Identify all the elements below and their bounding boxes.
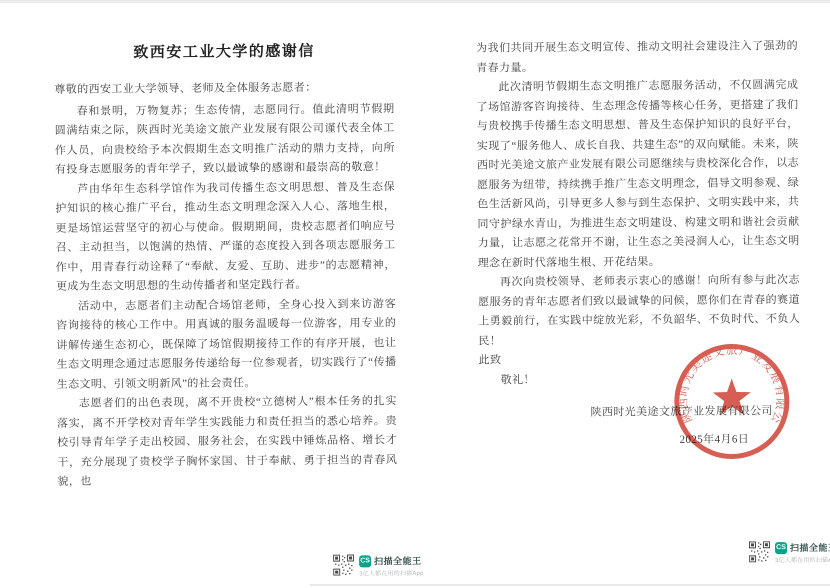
camscanner-tagline: 3亿人都在用的扫描App xyxy=(775,555,830,565)
letter-page-2: 为我们共同开展生态文明宣传、推动文明社会建设注入了强劲的青春力量。 此次清明节假… xyxy=(476,37,801,452)
camscanner-label: CS 扫描全能王 3亿人都在用的扫描App xyxy=(775,541,830,565)
letter-salutation: 尊敬的西安工业大学领导、老师及全体服务志愿者： xyxy=(54,78,394,100)
camscanner-app-icon: CS xyxy=(775,542,787,554)
scan-content: 致西安工业大学的感谢信 尊敬的西安工业大学领导、老师及全体服务志愿者： 春和景明… xyxy=(0,0,830,588)
qr-code-icon xyxy=(749,541,770,562)
camscanner-app-name: 扫描全能王 xyxy=(374,554,422,567)
camscanner-app-icon: CS xyxy=(359,555,371,567)
signature-block: 陕西时光美途文旅产业发展有限公司 2025年4月6日 陕西时光美途文旅产业发展有… xyxy=(479,402,801,452)
letter-paragraph: 芦由华年生态科学馆作为我司传播生态文明思想、普及生态保护知识的核心推广平台，推动… xyxy=(55,178,396,298)
letter-page-1: 致西安工业大学的感谢信 尊敬的西安工业大学领导、老师及全体服务志愿者： 春和景明… xyxy=(54,40,398,492)
letter-paragraph: 此次清明节假期生态文明推广志愿服务活动，不仅圆满完成了场馆游客咨询接待、生态理念… xyxy=(476,76,800,274)
letter-paragraph-continuation: 为我们共同开展生态文明宣传、推动文明社会建设注入了强劲的青春力量。 xyxy=(476,37,798,79)
salute-word: 敬礼！ xyxy=(479,368,801,390)
camscanner-app-name: 扫描全能王 xyxy=(790,541,830,554)
qr-code-icon xyxy=(333,554,354,575)
letter-paragraph: 再次向贵校领导、老师表示衷心的感谢！向所有参与此次志愿服务的青年志愿者们致以最诚… xyxy=(478,271,801,352)
camscanner-icon-letters: CS xyxy=(360,557,370,564)
camscanner-watermark: CS 扫描全能王 3亿人都在用的扫描App xyxy=(749,541,830,565)
letter-title: 致西安工业大学的感谢信 xyxy=(54,40,394,65)
camscanner-label: CS 扫描全能王 3亿人都在用的扫描App xyxy=(359,554,424,578)
closing-word: 此致 xyxy=(478,349,800,371)
scanned-letter-sheet: 致西安工业大学的感谢信 尊敬的西安工业大学领导、老师及全体服务志愿者： 春和景明… xyxy=(0,0,830,588)
signature-date: 2025年4月6日 xyxy=(479,430,749,452)
scan-edge-bottom xyxy=(310,584,830,586)
letter-paragraph: 春和景明，万物复苏；生态传情，志愿同行。值此清明节假期圆满结束之际，陕西时光美途… xyxy=(54,100,395,181)
signature-company: 陕西时光美途文旅产业发展有限公司 xyxy=(479,402,773,424)
camscanner-icon-letters: CS xyxy=(776,544,786,551)
camscanner-watermark: CS 扫描全能王 3亿人都在用的扫描App xyxy=(333,554,424,578)
letter-paragraph: 志愿者们的出色表现，离不开贵校“立德树人”根本任务的扎实落实，离不开学校对青年学… xyxy=(57,392,398,492)
letter-paragraph: 活动中，志愿者们主动配合场馆老师，全身心投入到来访游客咨询接待的核心工作中。用真… xyxy=(56,295,397,395)
camscanner-tagline: 3亿人都在用的扫描App xyxy=(359,568,423,578)
